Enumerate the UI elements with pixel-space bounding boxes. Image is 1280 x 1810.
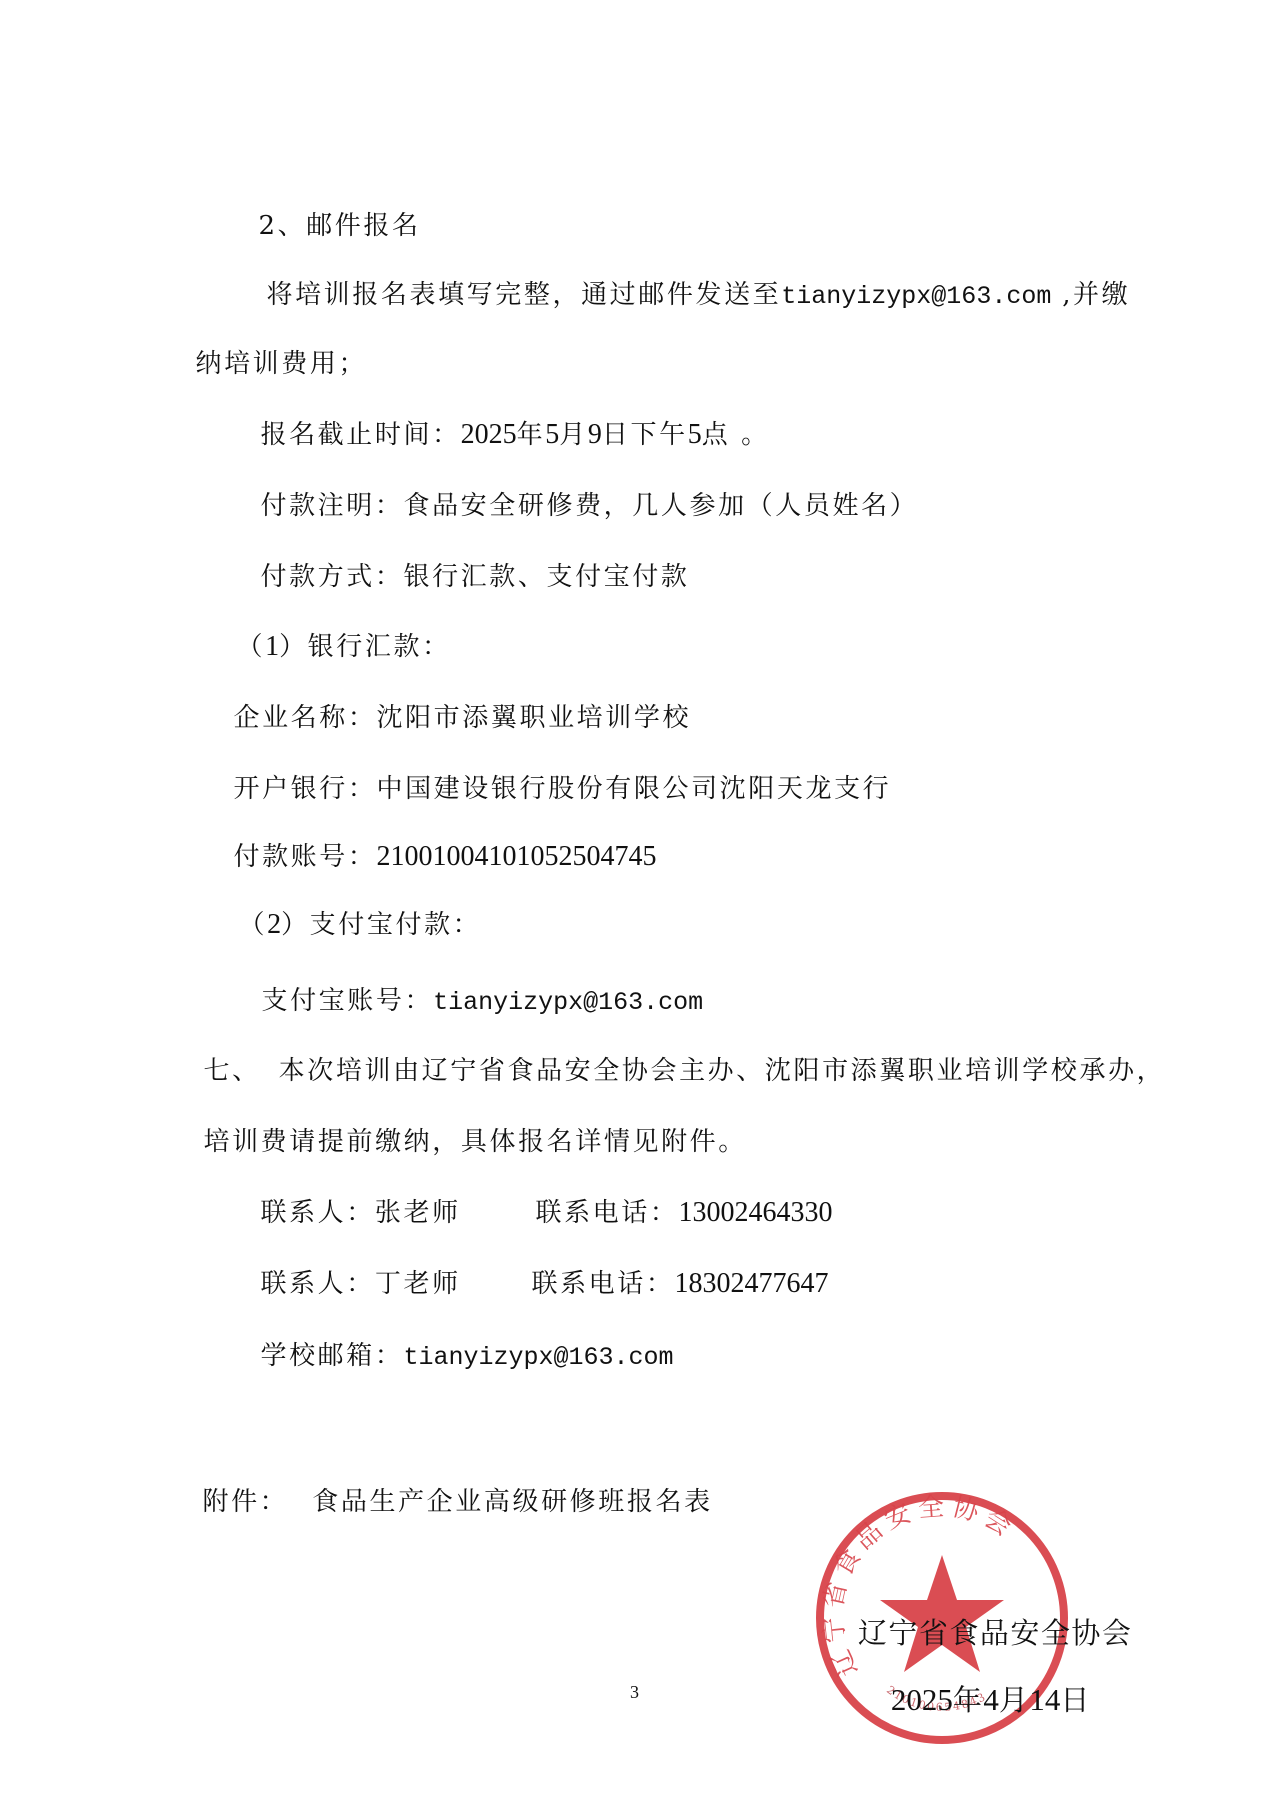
contact-label: 联系人： (260, 1269, 374, 1299)
item-number: 2 (267, 909, 281, 940)
alipay-heading: （2）支付宝付款： (195, 871, 481, 907)
contact-person: 张老师 (375, 1198, 461, 1228)
bank-value: 中国建设银行股份有限公司沈阳天龙支行 (376, 774, 891, 804)
registration-email: tianyizypx@163.com (781, 282, 1051, 311)
deadline-month: 5 (545, 419, 559, 450)
phone-label: 联系电话： (535, 1198, 678, 1228)
deadline-label: 报名截止时间： (260, 420, 460, 450)
email-instruction-line2: 纳培训费用； (152, 310, 367, 346)
contact-row: 联系人：张老师 (217, 1159, 461, 1195)
deadline-year: 2025 (461, 419, 517, 450)
contact-phone: 联系电话：18302477647 (488, 1230, 828, 1266)
section-seven-line2: 培训费请提前缴纳，具体报名详情见附件。 (160, 1088, 747, 1124)
payment-note-value: 食品安全研修费，几人参加（人员姓名） (403, 491, 918, 521)
bank-label: 开户银行： (233, 774, 376, 804)
organization-name: 辽宁省食品安全协会 (858, 1616, 1133, 1650)
payment-note-line: 付款注明：食品安全研修费，几人参加（人员姓名） (217, 452, 918, 488)
paren: （ (238, 910, 267, 940)
deadline-day: 9 (588, 419, 602, 450)
payment-method-line: 付款方式：银行汇款、支付宝付款 (217, 523, 690, 559)
deadline-text: 月 (559, 420, 588, 450)
phone-number: 18302477647 (674, 1268, 828, 1299)
school-email-label: 学校邮箱： (260, 1341, 403, 1371)
deadline-line: 报名截止时间：2025年5月9日下午5点 。 (217, 381, 770, 417)
company-label: 企业名称： (233, 703, 376, 733)
instruction-text-cont: 纳培训费用； (195, 349, 367, 379)
deadline-text: 点 。 (702, 420, 770, 450)
instruction-suffix: ,并缴 (1051, 280, 1130, 310)
bank-name-line: 开户银行：中国建设银行股份有限公司沈阳天龙支行 (190, 735, 891, 771)
date-unit: 年 (953, 1683, 984, 1717)
deadline-text: 日下午 (602, 420, 688, 450)
section-seven-text-cont: 培训费请提前缴纳，具体报名详情见附件。 (203, 1127, 746, 1157)
phone-label: 联系电话： (531, 1269, 674, 1299)
date-day: 14 (1029, 1682, 1060, 1717)
account-number: 21001004101052504745 (376, 841, 656, 872)
date-unit: 月 (999, 1683, 1030, 1717)
heading-text: 2、邮件报名 (258, 211, 420, 241)
deadline-text: 年 (517, 420, 546, 450)
contact-row: 联系人：丁老师 (217, 1230, 461, 1266)
payment-note-label: 付款注明： (260, 491, 403, 521)
attachment-label: 附件： (202, 1487, 288, 1517)
attachment-title: 食品生产企业高级研修班报名表 (312, 1487, 712, 1517)
date-unit: 日 (1060, 1683, 1091, 1717)
signature-date: 2025年4月14日 (848, 1646, 1091, 1754)
section-number: 七、 (203, 1056, 260, 1086)
payment-method-value: 银行汇款、支付宝付款 (403, 562, 689, 592)
email-instruction-line1: 将培训报名表填写完整，通过邮件发送至tianyizypx@163.com ,并缴 (223, 241, 1130, 277)
phone-number: 13002464330 (678, 1197, 832, 1228)
school-email: tianyizypx@163.com (403, 1343, 673, 1372)
document-page: 2、邮件报名 将培训报名表填写完整，通过邮件发送至tianyizypx@163.… (0, 0, 1280, 1810)
deadline-hour: 5 (688, 419, 702, 450)
alipay-account: tianyizypx@163.com (433, 988, 703, 1017)
contact-person: 丁老师 (375, 1269, 461, 1299)
bank-transfer-heading: （1）银行汇款： (193, 593, 451, 629)
instruction-text: 将培训报名表填写完整，通过邮件发送至 (266, 280, 781, 310)
company-value: 沈阳市添翼职业培训学校 (376, 703, 691, 733)
payment-method-label: 付款方式： (260, 562, 403, 592)
account-label: 付款账号： (233, 842, 376, 872)
section-seven-line1: 七、本次培训由辽宁省食品安全协会主办、沈阳市添翼职业培训学校承办， (160, 1017, 1165, 1053)
bank-transfer-title: ）银行汇款： (279, 632, 451, 662)
date-year: 2025 (891, 1682, 953, 1717)
contact-phone: 联系电话：13002464330 (492, 1159, 832, 1195)
page-number: 3 (630, 1682, 639, 1702)
paren: （ (236, 632, 265, 662)
alipay-title: ）支付宝付款： (281, 910, 481, 940)
alipay-account-line: 支付宝账号：tianyizypx@163.com (218, 947, 703, 983)
section-email-heading: 2、邮件报名 (215, 172, 421, 208)
company-name-line: 企业名称：沈阳市添翼职业培训学校 (190, 664, 691, 700)
section-seven-text: 本次培训由辽宁省食品安全协会主办、沈阳市添翼职业培训学校承办， (279, 1056, 1166, 1086)
account-number-line: 付款账号：21001004101052504745 (190, 803, 656, 839)
item-number: 1 (265, 631, 279, 662)
attachment-line: 附件：食品生产企业高级研修班报名表 (159, 1448, 713, 1484)
contact-label: 联系人： (260, 1198, 374, 1228)
alipay-account-label: 支付宝账号： (261, 986, 433, 1016)
school-email-line: 学校邮箱：tianyizypx@163.com (217, 1302, 674, 1338)
date-month: 4 (983, 1682, 999, 1717)
